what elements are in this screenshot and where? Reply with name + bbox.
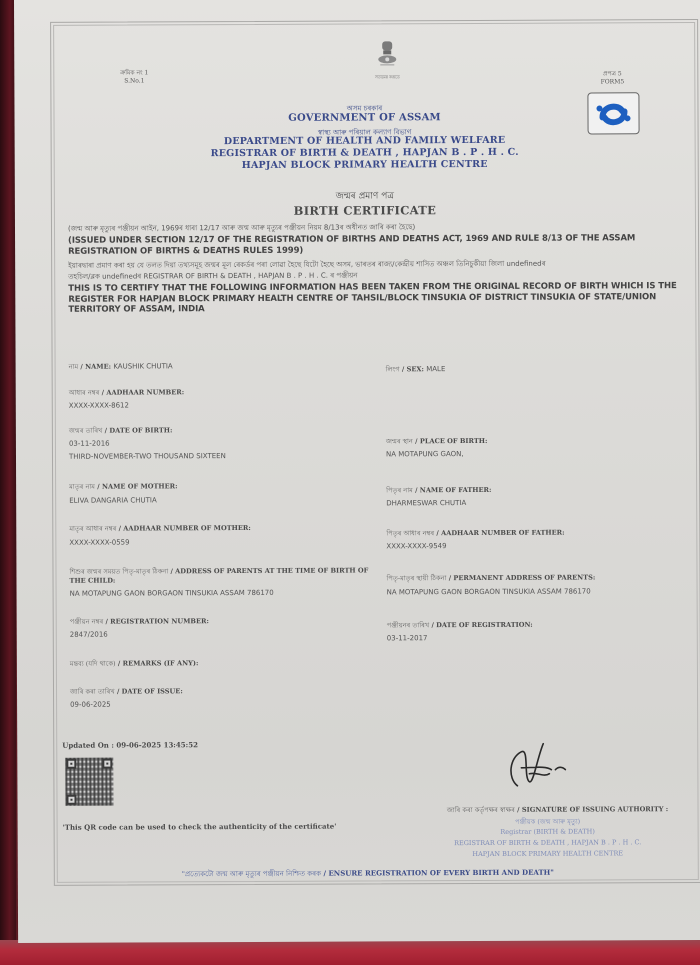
label: / SEX: (400, 365, 427, 373)
qr-note: 'This QR code can be used to check the a… (63, 822, 353, 832)
field-mother-aadhaar-label: মাতৃৰ আধাৰ নম্বৰ / AADHAAR NUMBER OF MOT… (69, 524, 251, 534)
serial-number: ক্ৰমিক নং 1 S.No.1 (104, 69, 164, 85)
label: / DATE OF REGISTRATION: (429, 621, 533, 629)
label-bn: পঞ্জীয়ন নম্বৰ (70, 618, 103, 626)
label: / NAME OF MOTHER: (95, 482, 178, 490)
qr-finder (66, 795, 76, 805)
label: / PERMANENT ADDRESS OF PARENTS: (446, 573, 595, 582)
dob-words: THIRD-NOVEMBER-TWO THOUSAND SIXTEEN (69, 451, 226, 462)
field-issue-date-label: জাৰি কৰা তাৰিখ / DATE OF ISSUE: (70, 687, 183, 696)
label: / AADHAAR NUMBER OF MOTHER: (116, 524, 251, 533)
sex-value: MALE (426, 365, 445, 373)
issued-under: (ISSUED UNDER SECTION 12/17 OF THE REGIS… (68, 233, 698, 257)
qr-finder (102, 759, 112, 769)
registrar-bn: পঞ্জীয়ক (জন্ম আৰু মৃত্যু) (388, 817, 700, 827)
label: / NAME OF FATHER: (413, 486, 492, 494)
label: / AADHAAR NUMBER: (99, 388, 184, 396)
pob-value: NA MOTAPUNG GAON, (386, 449, 464, 459)
qr-finder (66, 759, 76, 769)
updated-on: Updated On : 09-06-2025 13:45:52 (62, 740, 198, 750)
label-bn: শিশুৰ জন্মৰ সময়ত পিতৃ-মাতৃৰ ঠিকনা (69, 567, 168, 575)
form-en: FORM5 (582, 78, 642, 86)
label-bn: মাতৃৰ নাম (69, 483, 95, 491)
certificate-title: BIRTH CERTIFICATE (15, 202, 700, 219)
label-bn: পিতৃ-মাতৃৰ স্থায়ী ঠিকনা (387, 574, 447, 582)
signature-icon (499, 738, 579, 793)
registrar-centre: HAPJAN BLOCK PRIMARY HEALTH CENTRE (388, 849, 700, 859)
form-number: প্ৰপত্ৰ 5 FORM5 (582, 70, 642, 86)
label: / DATE OF BIRTH: (102, 426, 172, 434)
label: / AADHAAR NUMBER OF FATHER: (434, 529, 565, 538)
field-sex: লিংগ / SEX: MALE (386, 364, 446, 374)
certify-statement: THIS IS TO CERTIFY THAT THE FOLLOWING IN… (68, 281, 678, 315)
label-bn: পঞ্জীয়নৰ তাৰিখ (387, 621, 429, 629)
field-pob-label: জন্মৰ স্থান / PLACE OF BIRTH: (386, 437, 488, 446)
registrar-title: Registrar (BIRTH & DEATH) (388, 827, 700, 837)
field-name: নাম / NAME: KAUSHIK CHUTIA (69, 361, 173, 371)
label-bn: জন্মৰ তাৰিখ (69, 427, 103, 435)
father-value: DHARMESWAR CHUTIA (386, 498, 466, 508)
label-bn: জাৰি কৰা কর্তৃপক্ষৰ স্বাক্ষৰ (447, 806, 515, 814)
field-address-perm-label: পিতৃ-মাতৃৰ স্থায়ী ঠিকনা / PERMANENT ADD… (387, 573, 596, 583)
reg-no-value: 2847/2016 (70, 630, 108, 640)
footer-bn: "প্ৰত্যেকটো জন্ম আৰু মৃত্যুৰ পঞ্জীয়ন নি… (182, 870, 321, 879)
field-aadhaar-label: আধাৰ নম্বৰ / AADHAAR NUMBER: (69, 388, 184, 398)
mother-aadhaar-value: XXXX-XXXX-0559 (69, 538, 129, 548)
label-bn: লিংগ (386, 365, 400, 373)
background-edge-left (0, 0, 16, 965)
field-dob-label: জন্মৰ তাৰিখ / DATE OF BIRTH: (69, 426, 173, 435)
form-bn: প্ৰপত্ৰ 5 (582, 70, 642, 78)
serial-en: S.No.1 (104, 77, 164, 85)
label-bn: মন্তব্য (যদি থাকে) (70, 660, 116, 668)
registrar-office: REGISTRAR OF BIRTH & DEATH , HAPJAN B . … (388, 838, 700, 848)
field-father-aadhaar-label: পিতৃৰ আধাৰ নম্বৰ / AADHAAR NUMBER OF FAT… (386, 529, 564, 539)
label-bn: আধাৰ নম্বৰ (69, 389, 100, 397)
label: / DATE OF ISSUE: (115, 687, 183, 695)
serial-bn: ক্ৰমিক নং 1 (104, 69, 164, 77)
emblem-icon: সত্যমেৱ জয়তে (371, 38, 403, 78)
father-aadhaar-value: XXXX-XXXX-9549 (386, 541, 446, 551)
mother-value: ELIVA DANGARIA CHUTIA (69, 495, 157, 505)
reg-date-value: 03-11-2017 (387, 633, 428, 643)
label-bn: নাম (69, 363, 79, 371)
label: / SIGNATURE OF ISSUING AUTHORITY : (515, 805, 668, 814)
label: / REGISTRATION NUMBER: (103, 617, 209, 625)
issue-date-value: 09-06-2025 (70, 700, 111, 710)
emblem-caption: সত্যমেৱ জয়তে (371, 74, 403, 79)
background-edge-bottom (0, 940, 700, 965)
field-reg-no-label: পঞ্জীয়ন নম্বৰ / REGISTRATION NUMBER: (70, 617, 209, 627)
field-remarks-label: মন্তব্য (যদি থাকে) / REMARKS (IF ANY): (70, 659, 199, 669)
signature-label: জাৰি কৰা কর্তৃপক্ষৰ স্বাক্ষৰ / SIGNATURE… (408, 805, 700, 815)
label-bn: পিতৃৰ আধাৰ নম্বৰ (386, 529, 434, 537)
field-father-label: পিতৃৰ নাম / NAME OF FATHER: (386, 486, 491, 495)
field-reg-date-label: পঞ্জীয়নৰ তাৰিখ / DATE OF REGISTRATION: (387, 621, 533, 631)
label-bn: জন্মৰ স্থান (386, 437, 413, 445)
qr-code[interactable] (65, 758, 113, 806)
aadhaar-value: XXXX-XXXX-8612 (69, 401, 129, 411)
label-bn: পিতৃৰ নাম (386, 486, 413, 494)
label: / PLACE OF BIRTH: (413, 437, 488, 445)
address-perm-value: NA MOTAPUNG GAON BORGAON TINSUKIA ASSAM … (387, 586, 591, 597)
footer-en: / ENSURE REGISTRATION OF EVERY BIRTH AND… (321, 868, 554, 878)
field-address-birth-label: শিশুৰ জন্মৰ সময়ত পিতৃ-মাতৃৰ ঠিকনা / ADD… (69, 566, 369, 585)
address-birth-value: NA MOTAPUNG GAON BORGAON TINSUKIA ASSAM … (70, 588, 274, 599)
label: / NAME: (78, 363, 113, 371)
certificate-paper: ক্ৰমিক নং 1 S.No.1 সত্যমেৱ জয়তে প্ৰপত্ৰ… (14, 0, 700, 943)
label-bn: জাৰি কৰা তাৰিখ (70, 688, 115, 696)
field-mother-label: মাতৃৰ নাম / NAME OF MOTHER: (69, 482, 177, 491)
label: / REMARKS (IF ANY): (116, 659, 199, 667)
name-value: KAUSHIK CHUTIA (113, 362, 172, 370)
dob-value: 03-11-2016 (69, 439, 110, 449)
label-bn: মাতৃৰ আধাৰ নম্বৰ (69, 525, 116, 533)
